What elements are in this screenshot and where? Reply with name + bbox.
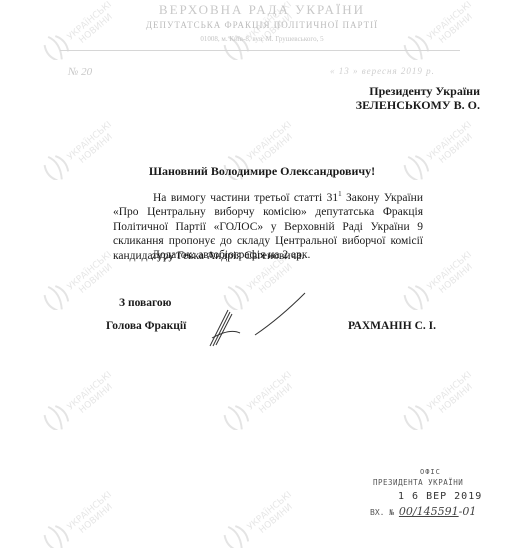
signature-icon (200, 288, 310, 348)
stamp-reg-prefix: ВХ. № (370, 508, 394, 517)
outgoing-number: № 20 (68, 66, 92, 78)
svg-text:НОВИНИ: НОВИНИ (437, 382, 474, 416)
signer-name: РАХМАНІН С. І. (348, 320, 436, 332)
stamp-registration: ВХ. № 00/145591-01 (370, 505, 476, 518)
svg-text:УКРАЇНСЬКІ: УКРАЇНСЬКІ (65, 490, 114, 533)
addressee-title: Президенту України (300, 84, 480, 98)
svg-text:НОВИНИ: НОВИНИ (437, 132, 474, 166)
svg-text:УКРАЇНСЬКІ: УКРАЇНСЬКІ (425, 120, 474, 163)
svg-text:НОВИНИ: НОВИНИ (77, 502, 114, 536)
watermark-logo-icon: УКРАЇНСЬКІНОВИНИ (200, 370, 310, 430)
stamp-reg-number: 00/145591 (399, 505, 459, 518)
svg-text:НОВИНИ: НОВИНИ (77, 382, 114, 416)
stamp-reg-suffix: -01 (459, 505, 477, 518)
letterhead-subtitle: ДЕПУТАТСЬКА ФРАКЦІЯ ПОЛІТИЧНОЇ ПАРТІЇ (0, 20, 524, 30)
svg-text:НОВИНИ: НОВИНИ (437, 262, 474, 296)
letterhead-title: ВЕРХОВНА РАДА УКРАЇНИ (0, 2, 524, 18)
svg-text:УКРАЇНСЬКІ: УКРАЇНСЬКІ (65, 120, 114, 163)
svg-text:НОВИНИ: НОВИНИ (77, 262, 114, 296)
document-page: УКРАЇНСЬКІНОВИНИ УКРАЇНСЬКІНОВИНИ УКРАЇН… (0, 0, 524, 548)
svg-text:УКРАЇНСЬКІ: УКРАЇНСЬКІ (245, 370, 294, 413)
letterhead-address: 01008, м. Київ-8, вул. М. Грушевського, … (0, 35, 524, 43)
svg-text:УКРАЇНСЬКІ: УКРАЇНСЬКІ (245, 490, 294, 533)
addressee-name: ЗЕЛЕНСЬКОМУ В. О. (300, 98, 480, 112)
signer-position: Голова Фракції (106, 320, 186, 332)
attachment-note: Додаток: автобіографія на 2 арк. (152, 249, 310, 261)
stamp-date: 1 6 ВЕР 2019 (398, 491, 482, 502)
svg-text:УКРАЇНСЬКІ: УКРАЇНСЬКІ (425, 250, 474, 293)
svg-text:НОВИНИ: НОВИНИ (257, 502, 294, 536)
addressee-block: Президенту України ЗЕЛЕНСЬКОМУ В. О. (300, 84, 480, 112)
svg-text:УКРАЇНСЬКІ: УКРАЇНСЬКІ (65, 250, 114, 293)
watermark-logo-icon: УКРАЇНСЬКІНОВИНИ (380, 370, 490, 430)
stamp-organization: ПРЕЗИДЕНТА УКРАЇНИ (373, 478, 463, 487)
watermark-logo-icon: УКРАЇНСЬКІНОВИНИ (200, 490, 310, 548)
letterhead-divider (60, 50, 460, 51)
watermark-logo-icon: УКРАЇНСЬКІНОВИНИ (20, 490, 130, 548)
svg-text:УКРАЇНСЬКІ: УКРАЇНСЬКІ (425, 370, 474, 413)
watermark-logo-icon: УКРАЇНСЬКІНОВИНИ (20, 370, 130, 430)
outgoing-date: « 13 » вересня 2019 р. (330, 66, 435, 76)
salutation: Шановний Володимире Олександровичу! (0, 164, 524, 179)
svg-text:НОВИНИ: НОВИНИ (257, 382, 294, 416)
svg-text:УКРАЇНСЬКІ: УКРАЇНСЬКІ (245, 120, 294, 163)
stamp-office: ОФІС (420, 468, 441, 476)
body-part-1: На вимогу частини третьої статті 31 (153, 192, 338, 204)
svg-text:УКРАЇНСЬКІ: УКРАЇНСЬКІ (65, 370, 114, 413)
svg-text:НОВИНИ: НОВИНИ (257, 132, 294, 166)
closing-regards: З повагою (119, 297, 171, 309)
svg-text:НОВИНИ: НОВИНИ (77, 132, 114, 166)
